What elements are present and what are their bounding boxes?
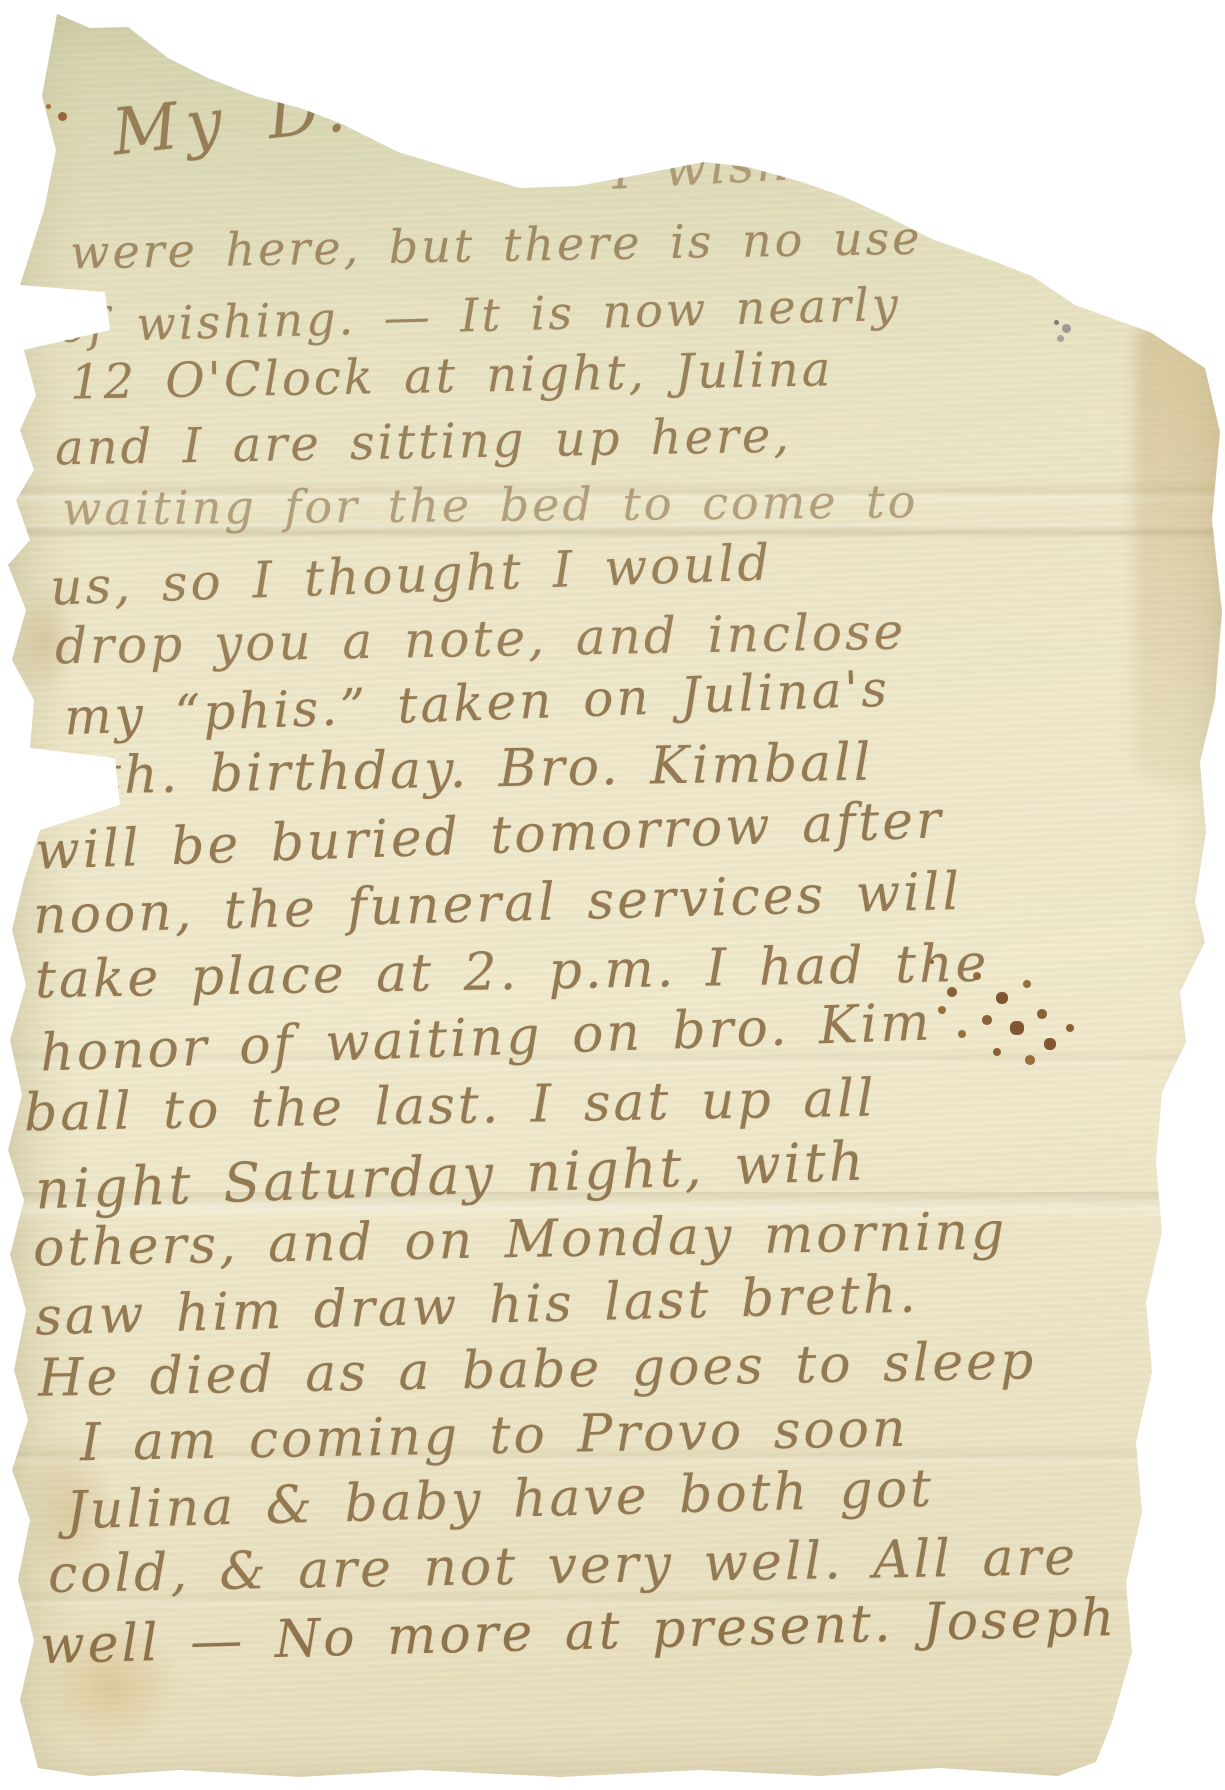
letter-line: us, so I thought I would [49, 533, 773, 616]
letter-line-fragment: I wish [611, 133, 794, 200]
letter-paper: My D. I wish were here, but there is no … [0, 0, 1225, 1790]
letter-salutation: My D. [109, 72, 357, 171]
letter-text: My D. I wish were here, but there is no … [0, 0, 1225, 1790]
letter-line: waiting for the bed to come to [62, 474, 919, 535]
letter-line: 12 O'Clock at night, Julina [70, 341, 834, 410]
scanned-letter: My D. I wish were here, but there is no … [0, 0, 1225, 1790]
letter-line: ball to the last. I sat up all [24, 1069, 877, 1144]
letter-line: were here, but there is no use [70, 211, 923, 280]
letter-line: and I are sitting up here, [55, 408, 792, 477]
